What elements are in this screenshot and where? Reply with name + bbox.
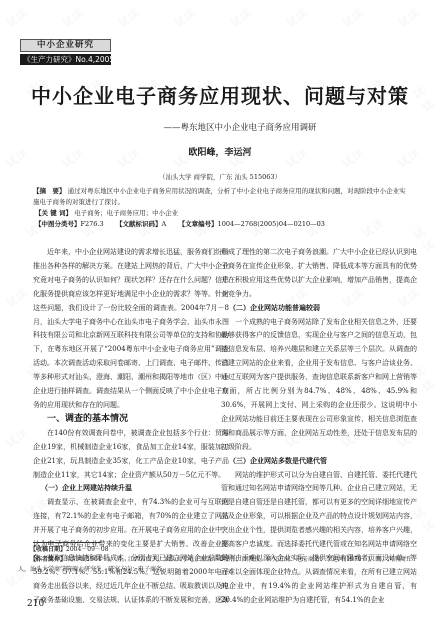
- watermark-text: 试读: [3, 5, 32, 32]
- author-bio-note: 【作者简介】欧阳峰(1961－)，男，江西吉安人，汕头大学电子商务中心主任，副教…: [18, 555, 423, 575]
- article-authors: 欧阳峰，李运河: [0, 145, 440, 158]
- abstract-block: 【摘 要】 通过对粤东地区中小企业电子商务应用状况的调查，分析了中小企业电子商务…: [35, 186, 410, 230]
- watermark-text: 试读: [227, 5, 256, 32]
- abstract-label: 【摘 要】: [33, 187, 66, 195]
- watermark-text: 试读: [59, 5, 88, 32]
- watermark-text: 试读: [3, 425, 32, 452]
- classification-value: F276.3: [81, 220, 104, 228]
- watermark-text: 试读: [115, 5, 144, 32]
- doc-code-value: A: [162, 220, 167, 228]
- classification-row: 【中图分类号】F276.3 【文献标识码】A 【文章编号】1004—2768(2…: [35, 219, 410, 230]
- watermark-text: 试读: [339, 5, 368, 32]
- body-paragraph: 在140份有效调查问卷中，被调查企业包括多个行业：贸易企业19家，机械制造企业1…: [33, 427, 229, 483]
- article-subtitle: ——粤东地区中小企业电子商务应用调研: [0, 121, 440, 133]
- body-paragraph: 形成了理性的第二次电子商务浪潮。广大中小企业已经认识到电子商务在宣传企业形象、扩…: [221, 246, 417, 302]
- footnote-divider: [33, 542, 101, 543]
- watermark-text: 试读: [171, 5, 200, 32]
- journal-badge: 中小企业研究 《生产力研究》No.4,2005: [20, 39, 111, 65]
- received-date: 2004－09－08: [66, 546, 109, 553]
- author-bio-text: 欧阳峰(1961－)，男，江西吉安人，汕头大学电子商务中心主任，副教授，研究方向…: [18, 556, 412, 573]
- received-label: 【收稿日期】: [30, 546, 66, 553]
- article-no-label: 【文章编号】: [179, 220, 218, 228]
- abstract-row: 【摘 要】 通过对粤东地区中小企业电子商务应用状况的调查，分析了中小企业电子商务…: [33, 186, 410, 208]
- issue-label: 《生产力研究》No.4,2005: [20, 54, 111, 65]
- body-paragraph: 一个成熟的电子商务网站除了发布企业相关信息之外，还要能够获得客户的反馈信息，实现…: [221, 316, 417, 455]
- watermark-text: 试读: [283, 5, 312, 32]
- classification-label: 【中图分类号】: [35, 220, 81, 228]
- section-heading: （二）企业网站功能普遍较弱: [221, 302, 417, 316]
- page-number: 210: [27, 599, 44, 609]
- body-paragraph: 近年来，中小企业网站建设的需求增长迅猛，服务商们纷纷推出各种各样的解决方案。在建…: [33, 246, 229, 413]
- author-affiliation: （汕头大学 商学院，广东 汕头 515063）: [0, 172, 440, 181]
- section-heading: （一）企业上网建站持续升温: [33, 482, 229, 496]
- footnotes: 【收稿日期】2004－09－08 【作者简介】欧阳峰(1961－)，男，江西吉安…: [18, 545, 423, 575]
- column-label: 中小企业研究: [20, 39, 111, 52]
- article-title: 中小企业电子商务应用现状、问题与对策: [0, 80, 440, 109]
- doc-code-label: 【文献标识码】: [116, 220, 162, 228]
- watermark-text: 试读: [3, 285, 32, 312]
- article-no-value: 1004—2768(2005)04—0210—03: [218, 220, 325, 228]
- keywords-row: 【关 键 词】 电子商务；电子商务应用；中小企业: [35, 208, 410, 219]
- keywords-label: 【关 键 词】: [35, 209, 72, 217]
- keywords-text: 电子商务；电子商务应用；中小企业: [74, 209, 178, 217]
- received-date-note: 【收稿日期】2004－09－08: [18, 545, 423, 555]
- body-paragraph: 网站的维护形式可以分为自建自管、自建托管、委托代建代管和通过知名网站申请网络空间…: [221, 469, 417, 608]
- section-heading: （三）企业网站多数是代建代管: [221, 455, 417, 469]
- section-heading: 一、调查的基本情况: [33, 413, 229, 427]
- watermark-text: 试读: [395, 5, 424, 32]
- abstract-text: 通过对粤东地区中小企业电子商务应用状况的调查，分析了中小企业电子商务应用的现状和…: [33, 187, 406, 206]
- author-bio-label: 【作者简介】: [30, 556, 66, 563]
